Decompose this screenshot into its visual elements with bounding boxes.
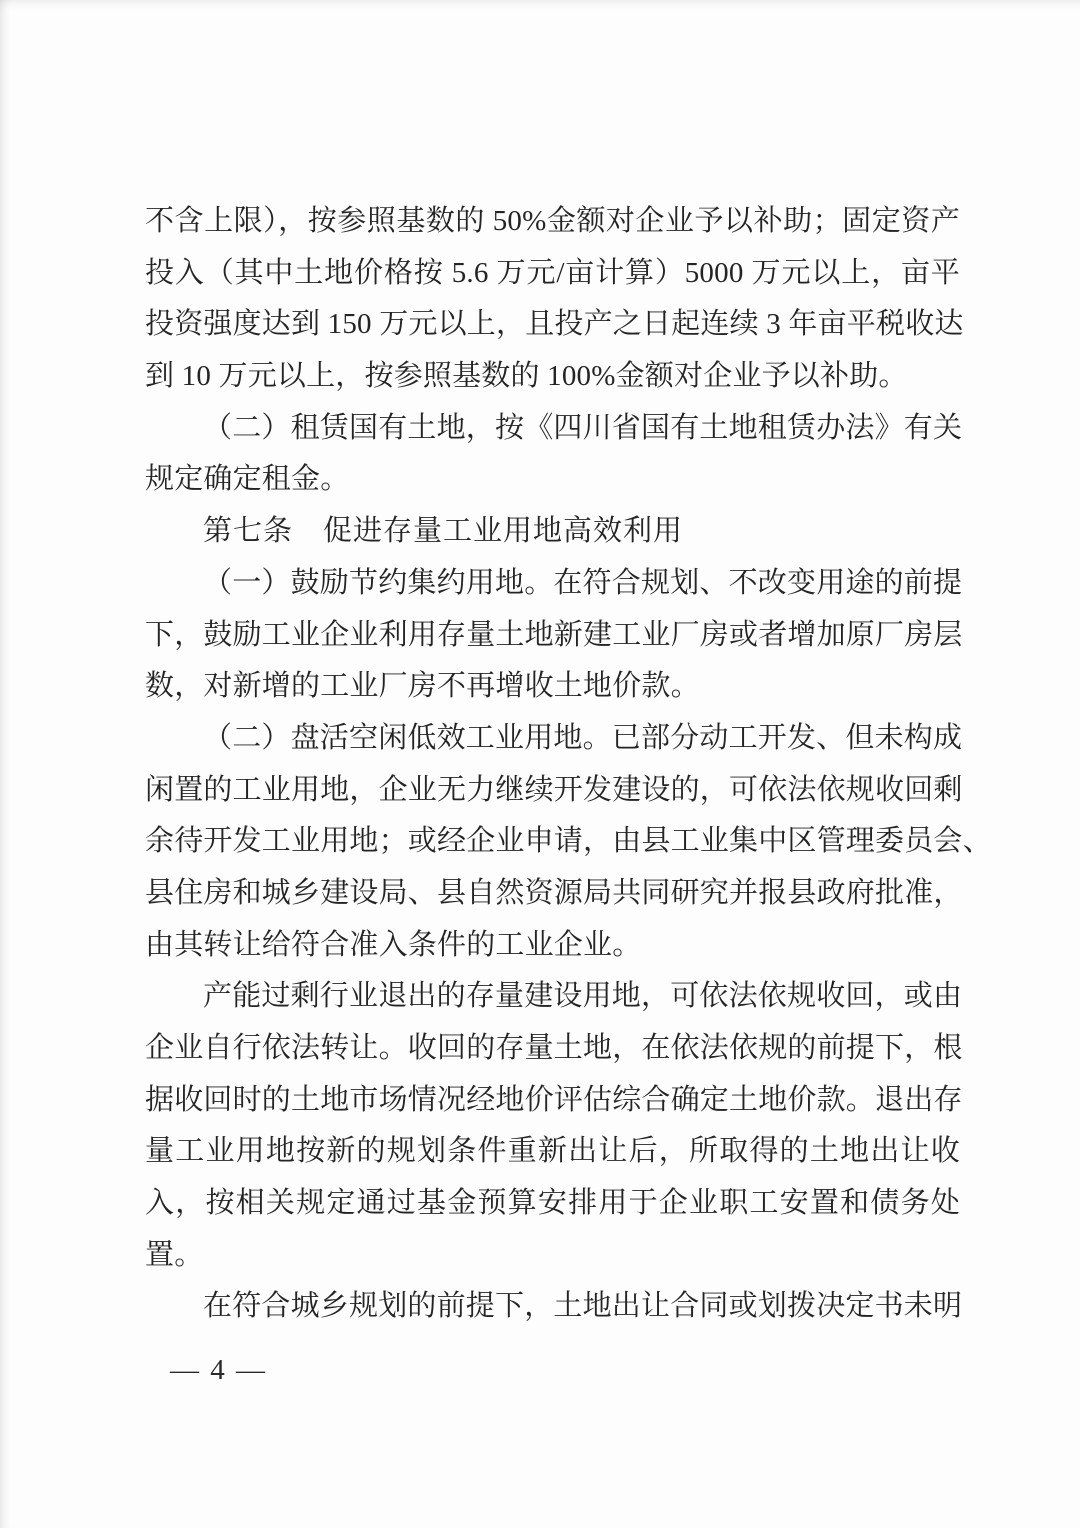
- text-line: 量工业用地按新的规划条件重新出让后，所取得的土地出让收: [145, 1126, 960, 1178]
- text-line: 投资强度达到 150 万元以上，且投产之日起连续 3 年亩平税收达: [145, 299, 960, 351]
- text-line: 企业自行依法转让。收回的存量土地，在依法依规的前提下，根: [145, 1023, 960, 1075]
- text-line: 余待开发工业用地；或经企业申请，由县工业集中区管理委员会、: [145, 816, 960, 868]
- text-line: 入，按相关规定通过基金预算安排用于企业职工安置和债务处: [145, 1178, 960, 1230]
- text-line: 产能过剩行业退出的存量建设用地，可依法依规收回，或由: [145, 971, 960, 1023]
- text-line: 县住房和城乡建设局、县自然资源局共同研究并报县政府批准，: [145, 868, 960, 920]
- text-line: （二）盘活空闲低效工业用地。已部分动工开发、但未构成: [145, 713, 960, 765]
- text-line: 不含上限），按参照基数的 50%金额对企业予以补助；固定资产: [145, 196, 960, 248]
- text-line: （二）租赁国有土地，按《四川省国有土地租赁办法》有关: [145, 403, 960, 455]
- document-page: 不含上限），按参照基数的 50%金额对企业予以补助；固定资产投入（其中土地价格按…: [0, 0, 1080, 1528]
- article-heading-line: 第七条 促进存量工业用地高效利用: [145, 506, 960, 558]
- text-line: 在符合城乡规划的前提下，土地出让合同或划拨决定书未明: [145, 1281, 960, 1333]
- text-line: 闲置的工业用地，企业无力继续开发建设的，可依法依规收回剩: [145, 765, 960, 817]
- text-line: 到 10 万元以上，按参照基数的 100%金额对企业予以补助。: [145, 351, 960, 403]
- text-line: 数，对新增的工业厂房不再增收土地价款。: [145, 661, 960, 713]
- text-line: 由其转让给符合准入条件的工业企业。: [145, 920, 960, 972]
- text-line: 置。: [145, 1230, 960, 1282]
- document-body: 不含上限），按参照基数的 50%金额对企业予以补助；固定资产投入（其中土地价格按…: [145, 196, 960, 1333]
- text-line: （一）鼓励节约集约用地。在符合规划、不改变用途的前提: [145, 558, 960, 610]
- page-number: — 4 —: [170, 1345, 267, 1397]
- text-line: 下，鼓励工业企业利用存量土地新建工业厂房或者增加原厂房层: [145, 610, 960, 662]
- text-line: 投入（其中土地价格按 5.6 万元/亩计算）5000 万元以上，亩平: [145, 248, 960, 300]
- text-line: 据收回时的土地市场情况经地价评估综合确定土地价款。退出存: [145, 1075, 960, 1127]
- text-line: 规定确定租金。: [145, 454, 960, 506]
